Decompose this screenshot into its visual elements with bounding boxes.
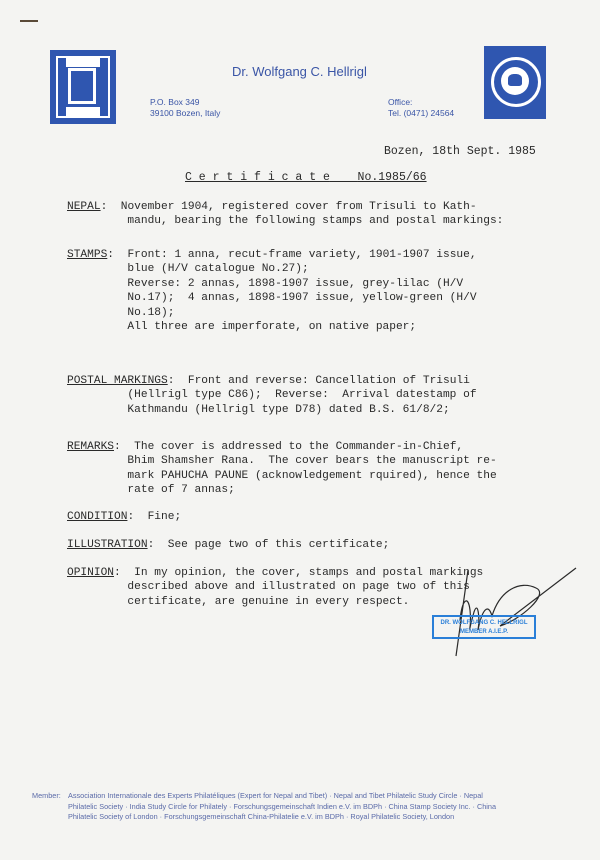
letterhead-address: P.O. Box 349 39100 Bozen, Italy [150,97,220,119]
section-colon: : [127,511,147,523]
section-postal-markings: POSTAL MARKINGS: Front and reverse: Canc… [67,374,477,417]
section-label: NEPAL [67,201,101,213]
certificate-title: C e r t i f i c a t e No.1985/66 [185,171,427,184]
section-opinion: OPINION: In my opinion, the cover, stamp… [67,566,483,609]
section-colon: : [148,539,168,551]
section-colon: : [114,567,134,579]
pen-mark [20,20,38,22]
section-label: OPINION [67,567,114,579]
section-stamps: STAMPS: Front: 1 anna, recut-frame varie… [67,248,477,334]
certifier-rubber-stamp: DR. WOLFGANG C. HELLRIGL MEMBER A.I.E.P. [432,615,536,639]
section-text: Front: 1 anna, recut-frame variety, 1901… [67,249,477,333]
letterhead-name: Dr. Wolfgang C. Hellrigl [232,64,367,79]
stamp-line-1: DR. WOLFGANG C. HELLRIGL [434,619,534,628]
section-nepal: NEPAL: November 1904, registered cover f… [67,200,503,229]
section-remarks: REMARKS: The cover is addressed to the C… [67,440,497,498]
section-colon: : [101,201,121,213]
section-condition: CONDITION: Fine; [67,510,181,524]
section-text: Fine; [148,511,182,523]
certificate-title-text: C e r t i f i c a t e [185,171,330,184]
section-label: ILLUSTRATION [67,539,148,551]
section-colon: : [114,441,134,453]
address-line-2: 39100 Bozen, Italy [150,108,220,119]
section-label: STAMPS [67,249,107,261]
section-illustration: ILLUSTRATION: See page two of this certi… [67,538,389,552]
address-line-1: P.O. Box 349 [150,97,220,108]
section-label: REMARKS [67,441,114,453]
section-label: POSTAL MARKINGS [67,375,168,387]
section-colon: : [107,249,127,261]
certificate-number: No.1985/66 [358,171,427,184]
tibet-stamp-emblem-icon [484,46,546,119]
footer-text: Association Internationale des Experts P… [68,791,498,823]
stamp-line-2: MEMBER A.I.E.P. [434,628,534,637]
section-label: CONDITION [67,511,127,523]
certificate-date: Bozen, 18th Sept. 1985 [384,145,536,158]
letterhead-office: Office: Tel. (0471) 24564 [388,97,454,119]
office-label: Office: [388,97,454,108]
footer-label: Member: [32,791,61,802]
office-phone: Tel. (0471) 24564 [388,108,454,119]
nepal-stamp-emblem-icon [50,50,116,124]
section-text: See page two of this certificate; [168,539,390,551]
section-colon: : [168,375,188,387]
section-text: November 1904, registered cover from Tri… [67,201,503,227]
